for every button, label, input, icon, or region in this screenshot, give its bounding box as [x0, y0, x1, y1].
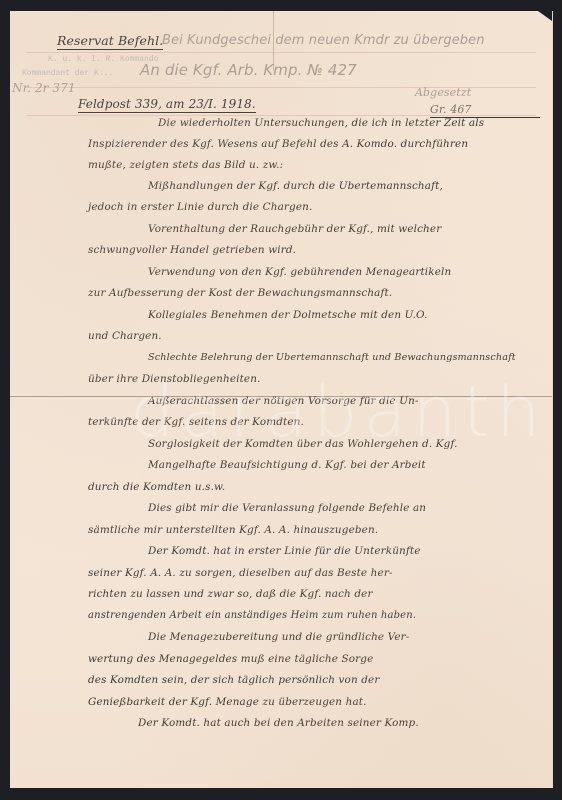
ruled-line	[26, 52, 536, 53]
body-line: terkünfte der Kgf. seitens der Komdten.	[88, 416, 304, 428]
body-line: Verwendung von den Kgf. gebührenden Mena…	[148, 266, 451, 278]
body-line: durch die Komdten u.s.w.	[88, 481, 225, 493]
document-page: K. u. k. I. R. Kommando Kommandant der K…	[10, 11, 553, 788]
body-line: Der Komdt. hat in erster Linie für die U…	[148, 545, 421, 557]
right-margin-note: Abgesetzt	[415, 86, 471, 99]
body-line: Inspizierender des Kgf. Wesens auf Befeh…	[88, 138, 468, 150]
place-and-date: Feldpost 339, am 23/I. 1918.	[78, 97, 256, 113]
body-line: und Chargen.	[88, 330, 162, 342]
body-line: Schlechte Belehrung der Ubertemannschaft…	[148, 352, 516, 363]
right-margin-number: Gr. 467	[430, 103, 540, 118]
scan-background: K. u. k. I. R. Kommando Kommandant der K…	[0, 0, 562, 800]
stamp-reference: Nr. 2r 371	[12, 81, 76, 95]
body-line: jedoch in erster Linie durch die Chargen…	[88, 201, 312, 213]
body-line: Der Komdt. hat auch bei den Arbeiten sei…	[138, 717, 419, 729]
body-line: Genießbarkeit der Kgf. Menage zu überzeu…	[88, 696, 367, 708]
body-line: seiner Kgf. A. A. zu sorgen, dieselben a…	[88, 567, 393, 579]
pencil-instruction-note: Bei Kundgeschei dem neuen Kmdr zu überge…	[162, 33, 485, 48]
body-line: sämtliche mir unterstellten Kgf. A. A. h…	[88, 524, 378, 536]
body-line: über ihre Dienstobliegenheiten.	[88, 373, 261, 385]
body-line: Kollegiales Benehmen der Dolmetsche mit …	[148, 309, 428, 321]
body-line: Mangelhafte Beaufsichtigung d. Kgf. bei …	[148, 459, 426, 471]
body-line: richten zu lassen und zwar so, daß die K…	[88, 588, 373, 600]
body-line: Sorglosigkeit der Komdten über das Wohle…	[148, 438, 458, 450]
body-line: Vorenthaltung der Rauchgebühr der Kgf., …	[148, 223, 441, 235]
body-line: Außerachtlassen der nötigen Vorsorge für…	[148, 395, 419, 407]
body-line: mußte, zeigten stets das Bild u. zw.:	[88, 159, 283, 171]
body-line: des Komdten sein, der sich täglich persö…	[88, 674, 379, 686]
body-line: schwungvoller Handel getrieben wird.	[88, 244, 296, 256]
stamp-line-2: Kommandant der K...	[22, 69, 113, 78]
body-line: zur Aufbesserung der Kost der Bewachungs…	[88, 287, 392, 299]
body-line: Die Menagezubereitung und die gründliche…	[148, 631, 409, 643]
pencil-address-note: An die Kgf. Arb. Kmp. № 427	[140, 61, 357, 79]
document-heading: Reservat Befehl.	[57, 33, 163, 50]
body-line: anstrengenden Arbeit ein anständiges Hei…	[88, 610, 416, 621]
torn-corner	[538, 11, 552, 21]
body-line: Dies gibt mir die Veranlassung folgende …	[148, 502, 426, 514]
body-line: Die wiederholten Untersuchungen, die ich…	[158, 117, 484, 129]
body-line: Mißhandlungen der Kgf. durch die Ubertem…	[148, 180, 443, 192]
body-line: wertung des Menagegeldes muß eine täglic…	[88, 653, 373, 665]
